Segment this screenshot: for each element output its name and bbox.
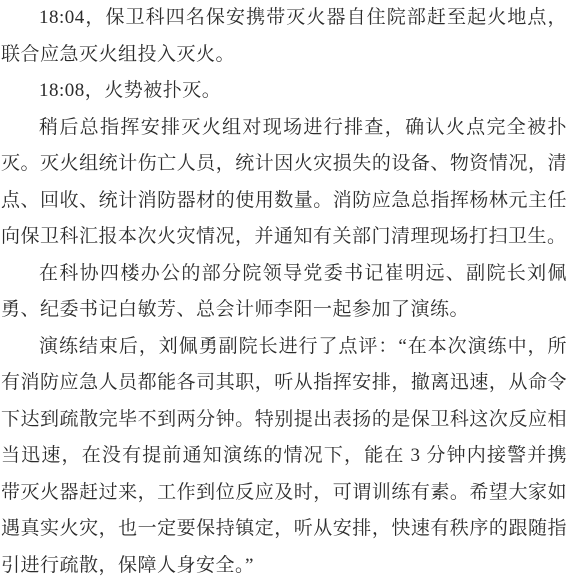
document-viewport: { "document": { "language": "zh-CN", "ba… [0, 0, 568, 584]
paragraph-inspection-report: 稍后总指挥安排灭火组对现场进行排查，确认火点完全被扑灭。灭火组统计伤亡人员，统计… [1, 110, 567, 256]
paragraph-closing-remarks: 演练结束后，刘佩勇副院长进行了点评：“在本次演练中，所有消防应急人员都能各司其职… [1, 329, 567, 584]
document-body: 18:04，保卫科四名保安携带灭火器自住院部赶至起火地点，联合应急灭火组投入灭火… [0, 0, 568, 584]
paragraph-leaders-attendance: 在科协四楼办公的部分院领导党委书记崔明远、副院长刘佩勇、纪委书记白敏芳、总会计师… [1, 256, 567, 329]
paragraph-timeline-1804: 18:04，保卫科四名保安携带灭火器自住院部赶至起火地点，联合应急灭火组投入灭火… [1, 0, 567, 73]
paragraph-timeline-1808: 18:08，火势被扑灭。 [1, 73, 567, 110]
